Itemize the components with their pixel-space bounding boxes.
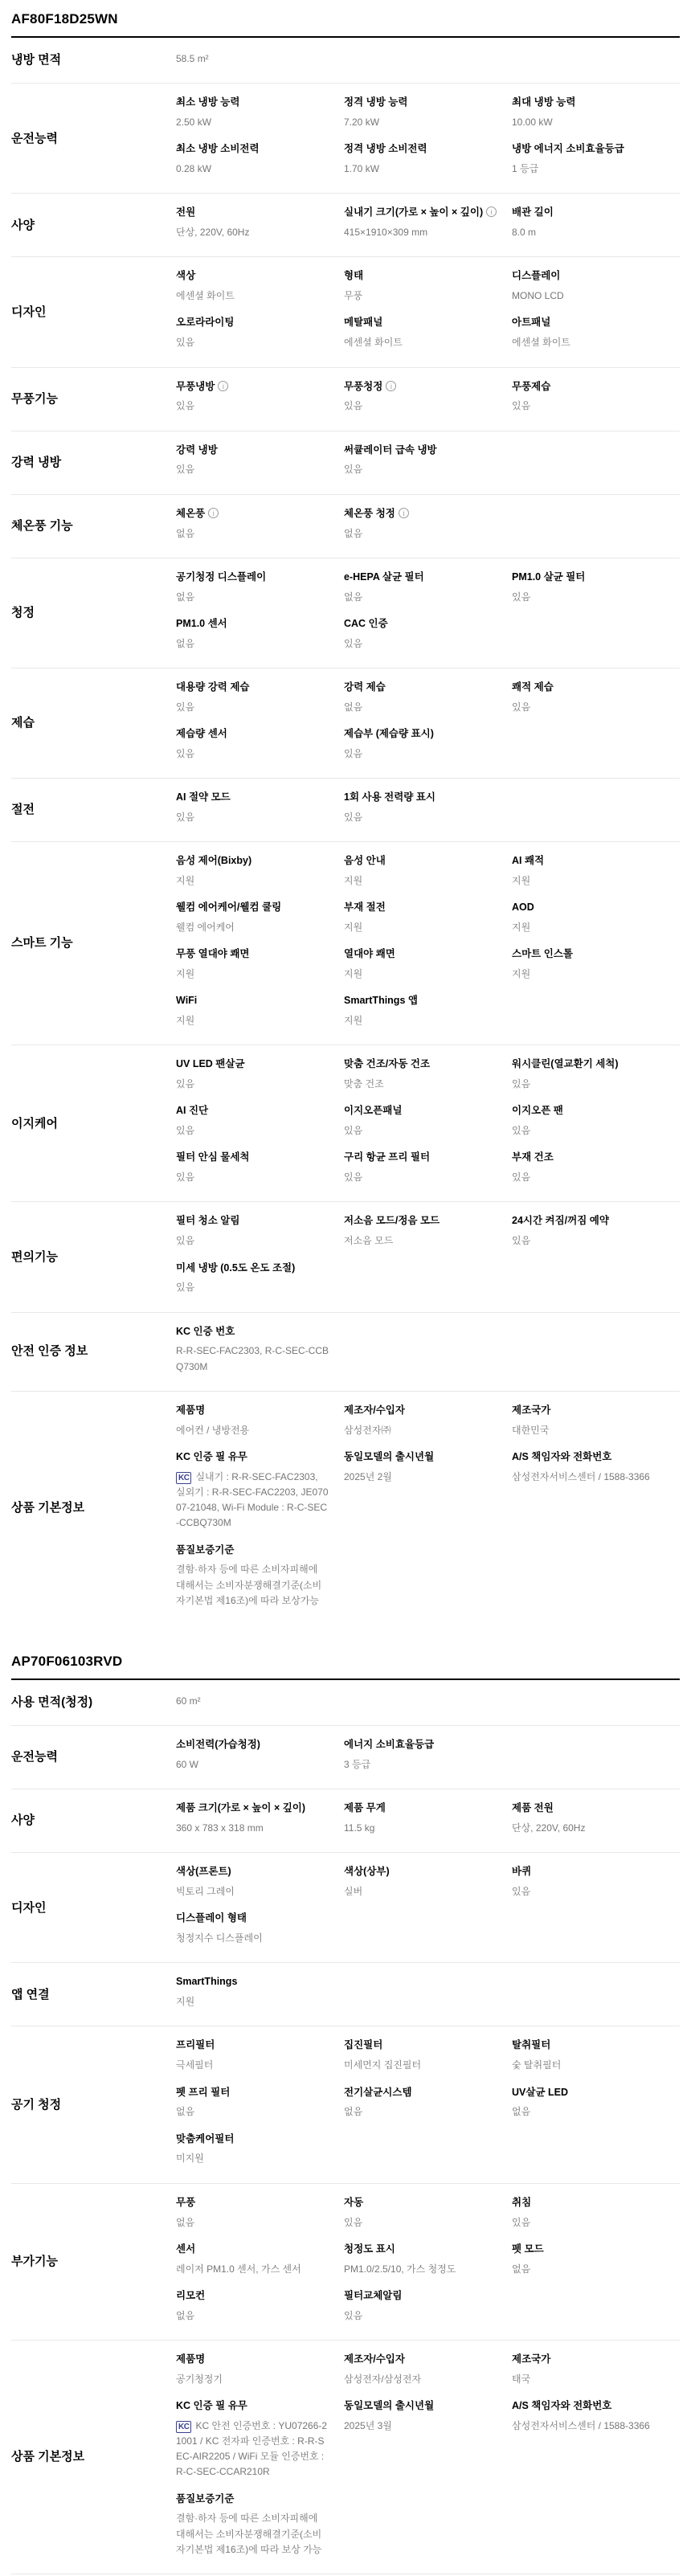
spec-cell-label-text: 소비전력(가습청정)	[176, 1739, 260, 1750]
spec-cell-value-text: 있음	[344, 1171, 362, 1183]
spec-cell: 전원단상, 220V, 60Hz	[176, 206, 344, 252]
spec-cell: 필터 안심 물세척있음	[176, 1151, 344, 1197]
section-label-text: 디자인	[11, 1900, 46, 1916]
spec-cell-value: 있음	[176, 810, 329, 825]
spec-cell-label-text: AOD	[512, 902, 534, 913]
spec-cell: 부재 절전지원	[344, 901, 512, 947]
spec-cell-value: 지원	[176, 1013, 329, 1028]
spec-cell: 필터교체알림있음	[344, 2289, 512, 2336]
spec-cell-label-text: 무풍 열대야 쾌면	[176, 948, 249, 959]
spec-cell-label: 제조자/수입자	[344, 1404, 497, 1417]
product-block: AP70F06103RVD사용 면적(청정)60 m²운전능력소비전력(가습청정…	[11, 1649, 680, 2574]
spec-cell-value: 3 등급	[344, 1757, 497, 1773]
spec-cell-value: 있음	[176, 1280, 329, 1295]
section-label: 편의기능	[11, 1214, 176, 1307]
spec-cell-value: 있음	[512, 1077, 665, 1092]
spec-cell-label: 제습부 (제습량 표시)	[344, 727, 497, 741]
spec-cell-value-text: MONO LCD	[512, 290, 564, 301]
spec-cell: 디스플레이 형태청정지수 디스플레이	[176, 1912, 344, 1958]
section-body: 무풍냉방i있음무풍청정i있음무풍제습있음	[176, 380, 680, 427]
spec-cell-label: 웰컴 에어케어/웰컴 쿨링	[176, 901, 329, 914]
spec-cell: A/S 책임자와 전화번호삼성전자서비스센터 / 1588-3366	[512, 2399, 680, 2492]
spec-cell-value: KC실내기 : R-R-SEC-FAC2303, 실외기 : R-R-SEC-F…	[176, 1470, 329, 1531]
spec-cell-value-text: R-R-SEC-FAC2303, R-C-SEC-CCBQ730M	[176, 1345, 329, 1372]
spec-row: 무풍냉방i있음무풍청정i있음무풍제습있음	[176, 380, 680, 427]
spec-cell-value: 2025년 3월	[344, 2419, 497, 2434]
section-label: 안전 인증 정보	[11, 1325, 176, 1387]
spec-cell-label: 제조자/수입자	[344, 2353, 497, 2366]
spec-cell-value-text: 없음	[512, 2263, 530, 2275]
section-label-text: 디자인	[11, 305, 46, 321]
spec-cell-value-text: 레이저 PM1.0 센서, 가스 센서	[176, 2263, 301, 2275]
spec-cell-label-text: 무풍냉방	[176, 381, 215, 392]
section-label: 사양	[11, 1801, 176, 1848]
spec-cell: PM1.0 센서없음	[176, 617, 344, 664]
spec-cell-value-text: 있음	[344, 1125, 362, 1136]
spec-cell-value-text: 실내기 : R-R-SEC-FAC2303, 실외기 : R-R-SEC-FAC…	[176, 1471, 329, 1529]
info-icon[interactable]: i	[486, 206, 497, 217]
spec-cell-value-text: 지원	[344, 875, 362, 886]
spec-cell-label-text: 자동	[344, 2197, 363, 2208]
spec-cell-value-text: 있음	[176, 1282, 194, 1293]
spec-cell-value-text: 대한민국	[512, 1425, 549, 1436]
spec-cell-value-text: 있음	[344, 748, 362, 759]
spec-cell-label-text: 구리 항균 프리 필터	[344, 1151, 430, 1163]
spec-cell-value-text: 없음	[176, 2310, 194, 2321]
spec-cell-value: 있음	[176, 746, 329, 762]
spec-cell-label: 바퀴	[512, 1865, 665, 1879]
section-label-text: 앱 연결	[11, 1987, 50, 2003]
spec-cell-value-text: 없음	[176, 638, 194, 649]
spec-section: 디자인색상에센셜 화이트형태무풍디스플레이MONO LCD오로라라이팅있음메탈패…	[11, 257, 680, 367]
spec-cell-label: CAC 인증	[344, 617, 497, 631]
spec-cell-label: 에너지 소비효율등급	[344, 1738, 497, 1752]
spec-cell: 이지오픈패널있음	[344, 1104, 512, 1151]
spec-cell-label-text: 냉방 에너지 소비효율등급	[512, 143, 624, 154]
spec-cell-value: 미지원	[176, 2151, 329, 2166]
spec-cell-label-text: 강력 제습	[344, 681, 386, 693]
spec-cell: KC 인증 필 유무KCKC 안전 인증번호 : YU07266-21001 /…	[176, 2399, 344, 2492]
spec-cell-label: 무풍 열대야 쾌면	[176, 947, 329, 961]
section-label-text: 체온풍 기능	[11, 518, 73, 534]
spec-cell-value: 에어컨 / 냉방전용	[176, 1423, 329, 1438]
spec-cell-value-text: 1 등급	[512, 163, 538, 174]
spec-cell: 부재 건조있음	[512, 1151, 680, 1197]
spec-row: KC 인증 필 유무KCKC 안전 인증번호 : YU07266-21001 /…	[176, 2399, 680, 2492]
spec-cell-label: WiFi	[176, 994, 329, 1008]
spec-cell-value-text: 삼성전자㈜	[344, 1425, 390, 1436]
spec-cell-label-text: AI 쾌적	[512, 855, 544, 866]
spec-cell-value: 있음	[344, 2308, 497, 2324]
spec-cell-label: 정격 냉방 소비전력	[344, 142, 497, 156]
spec-cell-value: 없음	[344, 700, 497, 715]
spec-cell-value-text: 지원	[344, 968, 362, 979]
spec-cell-value: 2.50 kW	[176, 115, 329, 130]
spec-cell-label-text: 품질보증기준	[176, 2493, 234, 2504]
info-icon[interactable]: i	[386, 381, 396, 391]
spec-cell: 1회 사용 전력량 표시있음	[344, 791, 512, 837]
spec-cell-label: AI 쾌적	[512, 854, 665, 868]
spec-cell-value-text: 에센셜 화이트	[344, 337, 403, 348]
section-label: 절전	[11, 791, 176, 837]
spec-cell-label-text: 제습부 (제습량 표시)	[344, 728, 434, 739]
spec-cell-label: 제품명	[176, 2353, 329, 2366]
spec-section: 체온풍 기능체온풍i없음체온풍 청정i없음	[11, 495, 680, 558]
spec-cell-label: 센서	[176, 2243, 329, 2256]
spec-cell-value: 없음	[512, 2104, 665, 2120]
info-icon[interactable]: i	[399, 508, 409, 518]
spec-cell-label-text: 아트패널	[512, 317, 550, 328]
spec-cell-label-text: WiFi	[176, 995, 197, 1006]
section-label-text: 청정	[11, 605, 35, 621]
spec-cell-label: 전원	[176, 206, 329, 219]
spec-cell-value-text: 1.70 kW	[344, 163, 379, 174]
spec-cell-label: 워시클린(열교환기 세척)	[512, 1057, 665, 1071]
spec-cell: 저소음 모드/정음 모드저소음 모드	[344, 1214, 512, 1261]
section-label: 상품 기본정보	[11, 2353, 176, 2570]
section-label: 상품 기본정보	[11, 1404, 176, 1621]
spec-cell-label-text: KC 인증 필 유무	[176, 1451, 247, 1462]
section-body: 60 m²	[176, 1692, 680, 1721]
section-label: 스마트 기능	[11, 854, 176, 1041]
spec-section: 청정공기청정 디스플레이없음e-HEPA 살균 필터없음PM1.0 살균 필터있…	[11, 558, 680, 669]
spec-section: 스마트 기능음성 제어(Bixby)지원음성 안내지원AI 쾌적지원웰컴 에어케…	[11, 842, 680, 1045]
spec-cell-value-text: 360 x 783 x 318 mm	[176, 1822, 264, 1834]
spec-cell: UV LED 팬살균있음	[176, 1057, 344, 1104]
spec-cell-value: 지원	[344, 1013, 497, 1028]
spec-cell-label-text: 24시간 켜짐/꺼짐 예약	[512, 1215, 609, 1226]
spec-cell-label: 형태	[344, 269, 497, 283]
section-label: 청정	[11, 570, 176, 664]
spec-cell-value-text: 있음	[344, 638, 362, 649]
spec-cell: 음성 안내지원	[344, 854, 512, 901]
spec-cell: PM1.0 살균 필터있음	[512, 570, 680, 617]
spec-cell: SmartThings 앱지원	[344, 994, 512, 1041]
spec-cell: 최소 냉방 소비전력0.28 kW	[176, 142, 344, 189]
spec-cell: 60 m²	[176, 1692, 344, 1721]
section-label-text: 공기 청정	[11, 2097, 61, 2113]
spec-cell: 대용량 강력 제습있음	[176, 681, 344, 727]
spec-cell-value-text: 미세먼지 집진필터	[344, 2059, 421, 2071]
spec-cell-value: 에센셜 화이트	[176, 288, 329, 304]
info-icon[interactable]: i	[208, 508, 219, 518]
section-body: 무풍없음자동있음취침있음센서레이저 PM1.0 센서, 가스 센서청정도 표시P…	[176, 2196, 680, 2336]
section-label-text: 사용 면적(청정)	[11, 1695, 92, 1711]
spec-row: 소비전력(가습청정)60 W에너지 소비효율등급3 등급	[176, 1738, 680, 1785]
spec-cell-label-text: 펫 모드	[512, 2243, 544, 2255]
spec-cell: 제품 전원단상, 220V, 60Hz	[512, 1801, 680, 1848]
spec-cell-label: 필터교체알림	[344, 2289, 497, 2303]
spec-cell: 색상(상부)실버	[344, 1865, 512, 1912]
spec-cell-label-text: 제조국가	[512, 1405, 550, 1416]
spec-cell-label-text: SmartThings 앱	[344, 995, 418, 1006]
spec-cell-value-text: 태국	[512, 2374, 530, 2385]
spec-cell-value-text: PM1.0/2.5/10, 가스 청정도	[344, 2263, 456, 2275]
section-label-text: 편의기능	[11, 1249, 58, 1266]
spec-cell-label: 24시간 켜짐/꺼짐 예약	[512, 1214, 665, 1228]
spec-cell-label: 메탈패널	[344, 316, 497, 329]
spec-cell: 강력 냉방있음	[176, 444, 344, 490]
spec-cell-value-text: 있음	[176, 1078, 194, 1090]
spec-cell-label: AOD	[512, 901, 665, 914]
spec-cell: 맞춤케어필터미지원	[176, 2132, 344, 2179]
spec-cell-value: 있음	[512, 700, 665, 715]
spec-cell-value: 있음	[344, 1170, 497, 1185]
spec-row: 제품명에어컨 / 냉방전용제조자/수입자삼성전자㈜제조국가대한민국	[176, 1404, 680, 1450]
section-body: AI 절약 모드있음1회 사용 전력량 표시있음	[176, 791, 680, 837]
spec-row: 오로라라이팅있음메탈패널에센셜 화이트아트패널에센셜 화이트	[176, 316, 680, 362]
spec-cell-value: 웰컴 에어케어	[176, 920, 329, 935]
spec-cell-label-text: UV살균 LED	[512, 2087, 568, 2098]
spec-cell-label: 필터 안심 물세척	[176, 1151, 329, 1164]
spec-cell-label: 저소음 모드/정음 모드	[344, 1214, 497, 1228]
spec-cell-label-text: 필터 안심 물세척	[176, 1151, 249, 1163]
spec-cell-label: 냉방 에너지 소비효율등급	[512, 142, 665, 156]
spec-cell-label: 프리필터	[176, 2038, 329, 2052]
spec-cell-label: UV살균 LED	[512, 2086, 665, 2100]
spec-cell-value: 결함·하자 등에 따른 소비자피해에 대해서는 소비자분쟁해결기준(소비자기본법…	[176, 2511, 329, 2558]
spec-cell-value: 삼성전자서비스센터 / 1588-3366	[512, 2419, 665, 2434]
spec-cell-label-text: 정격 냉방 소비전력	[344, 143, 427, 154]
spec-cell-label: 체온풍i	[176, 507, 329, 521]
spec-cell-label-text: 써큘레이터 급속 냉방	[344, 444, 437, 456]
spec-cell-label-text: 제조국가	[512, 2353, 550, 2365]
section-body: 체온풍i없음체온풍 청정i없음	[176, 507, 680, 554]
spec-cell-value-text: 없음	[344, 701, 362, 713]
spec-row: 전원단상, 220V, 60Hz실내기 크기(가로 × 높이 × 깊이)i415…	[176, 206, 680, 252]
spec-cell-value-text: 지원	[512, 968, 530, 979]
spec-cell-label-text: 전원	[176, 206, 195, 218]
spec-cell-value-text: 58.5 m²	[176, 53, 209, 64]
spec-cell-label-text: KC 인증 번호	[176, 1326, 235, 1337]
spec-cell-label-text: 음성 제어(Bixby)	[176, 855, 251, 866]
spec-cell-value-text: 지원	[344, 922, 362, 933]
spec-cell-label-text: 강력 냉방	[176, 444, 218, 456]
spec-cell-value-text: 에어컨 / 냉방전용	[176, 1425, 249, 1436]
spec-cell-label-text: 실내기 크기(가로 × 높이 × 깊이)	[344, 206, 483, 218]
spec-cell-label-text: 색상	[176, 270, 195, 281]
spec-cell-value-text: 미지원	[176, 2153, 204, 2164]
spec-section: 공기 청정프리필터극세필터집진필터미세먼지 집진필터탈취필터숯 탈취필터펫 프리…	[11, 2026, 680, 2183]
spec-cell-label: 동일모델의 출시년월	[344, 1450, 497, 1464]
spec-cell-value: 저소음 모드	[344, 1233, 497, 1249]
spec-row: 강력 냉방있음써큘레이터 급속 냉방있음	[176, 444, 680, 490]
spec-cell: 에너지 소비효율등급3 등급	[344, 1738, 512, 1785]
spec-section: 무풍기능무풍냉방i있음무풍청정i있음무풍제습있음	[11, 368, 680, 431]
spec-cell-label: 최대 냉방 능력	[512, 96, 665, 109]
spec-cell-label-text: 프리필터	[176, 2039, 215, 2051]
spec-cell-label: 무풍냉방i	[176, 380, 329, 394]
spec-cell-value: 지원	[512, 920, 665, 935]
spec-cell: AI 쾌적지원	[512, 854, 680, 901]
spec-cell: 써큘레이터 급속 냉방있음	[344, 444, 512, 490]
spec-cell-value-text: 있음	[512, 400, 530, 411]
spec-row: KC 인증 번호R-R-SEC-FAC2303, R-C-SEC-CCBQ730…	[176, 1325, 680, 1387]
spec-cell-label-text: 센서	[176, 2243, 195, 2255]
spec-cell: 정격 냉방 소비전력1.70 kW	[344, 142, 512, 189]
spec-cell-label: 음성 안내	[344, 854, 497, 868]
product-block: AF80F18D25WN냉방 면적58.5 m²운전능력최소 냉방 능력2.50…	[11, 6, 680, 1625]
spec-cell: 24시간 켜짐/꺼짐 예약있음	[512, 1214, 680, 1261]
spec-row: 필터 청소 알림있음저소음 모드/정음 모드저소음 모드24시간 켜짐/꺼짐 예…	[176, 1214, 680, 1261]
spec-cell-label: 최소 냉방 소비전력	[176, 142, 329, 156]
spec-cell: 스마트 인스톨지원	[512, 947, 680, 994]
spec-cell-label-text: KC 인증 필 유무	[176, 2400, 247, 2411]
spec-cell: 제품명공기청정기	[176, 2353, 344, 2399]
spec-cell-value-text: 결함·하자 등에 따른 소비자피해에 대해서는 소비자분쟁해결기준(소비자기본법…	[176, 2513, 321, 2554]
spec-row: 공기청정 디스플레이없음e-HEPA 살균 필터없음PM1.0 살균 필터있음	[176, 570, 680, 617]
spec-cell: 제조자/수입자삼성전자㈜	[344, 1404, 512, 1450]
spec-cell-value-text: 있음	[512, 591, 530, 603]
spec-cell-value: 7.20 kW	[344, 115, 497, 130]
spec-cell-value-text: 단상, 220V, 60Hz	[176, 227, 249, 238]
spec-cell-label-text: 정격 냉방 능력	[344, 96, 407, 108]
spec-cell-value-text: 결함·하자 등에 따른 소비자피해에 대해서는 소비자분쟁해결기준(소비자기본법…	[176, 1564, 321, 1605]
spec-row: 58.5 m²	[176, 50, 680, 79]
spec-row: 체온풍i없음체온풍 청정i없음	[176, 507, 680, 554]
spec-cell-label-text: 필터교체알림	[344, 2290, 402, 2301]
spec-cell-label: UV LED 팬살균	[176, 1057, 329, 1071]
section-label-text: 운전능력	[11, 131, 58, 147]
spec-cell-value: 있음	[512, 1884, 665, 1899]
section-body: 필터 청소 알림있음저소음 모드/정음 모드저소음 모드24시간 켜짐/꺼짐 예…	[176, 1214, 680, 1307]
spec-cell-value: 있음	[512, 1170, 665, 1185]
spec-cell-label-text: 무풍청정	[344, 381, 382, 392]
spec-cell-value: 지원	[512, 967, 665, 982]
spec-cell-value-text: 11.5 kg	[344, 1822, 374, 1834]
spec-cell: 센서레이저 PM1.0 센서, 가스 센서	[176, 2243, 344, 2289]
section-label-text: 이지케어	[11, 1116, 58, 1132]
spec-row: 색상(프론트)빅토리 그레이색상(상부)실버바퀴있음	[176, 1865, 680, 1912]
spec-cell-label-text: 무풍제습	[512, 381, 550, 392]
spec-cell-value-text: 있음	[512, 2217, 530, 2228]
spec-cell-value: 415×1910×309 mm	[344, 225, 497, 240]
spec-section: 앱 연결SmartThings지원	[11, 1963, 680, 2026]
spec-cell-value: 있음	[176, 399, 329, 414]
spec-row: 프리필터극세필터집진필터미세먼지 집진필터탈취필터숯 탈취필터	[176, 2038, 680, 2085]
spec-cell: 냉방 에너지 소비효율등급1 등급	[512, 142, 680, 189]
spec-cell-label-text: 리모컨	[176, 2290, 205, 2301]
spec-cell-label-text: 동일모델의 출시년월	[344, 2400, 434, 2411]
spec-cell-value-text: 2025년 3월	[344, 2420, 392, 2431]
section-label: 디자인	[11, 1865, 176, 1958]
spec-row: 웰컴 에어케어/웰컴 쿨링웰컴 에어케어부재 절전지원AOD지원	[176, 901, 680, 947]
spec-cell-value-text: 빅토리 그레이	[176, 1886, 235, 1897]
spec-cell-value-text: 지원	[176, 968, 194, 979]
spec-cell: SmartThings지원	[176, 1975, 344, 2022]
spec-cell-value-text: 맞춤 건조	[344, 1078, 384, 1090]
spec-cell-value: 없음	[512, 2262, 665, 2277]
spec-cell-value: 단상, 220V, 60Hz	[512, 1821, 665, 1836]
spec-section: 제습대용량 강력 제습있음강력 제습없음쾌적 제습있음제습량 센서있음제습부 (…	[11, 669, 680, 779]
spec-cell-value: 있음	[344, 1123, 497, 1139]
spec-cell-label: 실내기 크기(가로 × 높이 × 깊이)i	[344, 206, 497, 219]
spec-cell-label-text: 전기살균시스템	[344, 2087, 412, 2098]
section-body: KC 인증 번호R-R-SEC-FAC2303, R-C-SEC-CCBQ730…	[176, 1325, 680, 1387]
spec-cell: 제품명에어컨 / 냉방전용	[176, 1404, 344, 1450]
section-label: 사양	[11, 206, 176, 252]
spec-cell-label-text: A/S 책임자와 전화번호	[512, 1451, 611, 1462]
spec-cell-value-text: 있음	[512, 1886, 530, 1897]
spec-row: PM1.0 센서없음CAC 인증있음	[176, 617, 680, 664]
spec-cell-label-text: 디스플레이 형태	[176, 1912, 247, 1924]
spec-row: 무풍없음자동있음취침있음	[176, 2196, 680, 2243]
spec-cell-value-text: 있음	[512, 1125, 530, 1136]
spec-cell-label: 디스플레이	[512, 269, 665, 283]
spec-cell-label: KC 인증 번호	[176, 1325, 329, 1339]
spec-cell: 형태무풍	[344, 269, 512, 316]
spec-row: 품질보증기준결함·하자 등에 따른 소비자피해에 대해서는 소비자분쟁해결기준(…	[176, 1544, 680, 1621]
section-body: 제품명에어컨 / 냉방전용제조자/수입자삼성전자㈜제조국가대한민국KC 인증 필…	[176, 1404, 680, 1621]
spec-cell: 58.5 m²	[176, 50, 344, 79]
section-label: 운전능력	[11, 1738, 176, 1785]
spec-cell: 필터 청소 알림있음	[176, 1214, 344, 1261]
spec-cell-value: 있음	[176, 1123, 329, 1139]
spec-section: 운전능력최소 냉방 능력2.50 kW정격 냉방 능력7.20 kW최대 냉방 …	[11, 84, 680, 194]
spec-cell-value: PM1.0/2.5/10, 가스 청정도	[344, 2262, 497, 2277]
spec-cell-label-text: 무풍	[176, 2197, 195, 2208]
spec-cell-label-text: AI 절약 모드	[176, 791, 231, 803]
spec-cell-value-text: 지원	[512, 922, 530, 933]
spec-cell-value-text: 없음	[176, 528, 194, 539]
section-body: UV LED 팬살균있음맞춤 건조/자동 건조맞춤 건조워시클린(열교환기 세척…	[176, 1057, 680, 1197]
spec-cell-label: 색상	[176, 269, 329, 283]
spec-cell-label: 공기청정 디스플레이	[176, 570, 329, 584]
spec-cell-label: 색상(프론트)	[176, 1865, 329, 1879]
spec-cell: 아트패널에센셜 화이트	[512, 316, 680, 362]
spec-section: 편의기능필터 청소 알림있음저소음 모드/정음 모드저소음 모드24시간 켜짐/…	[11, 1202, 680, 1312]
spec-cell-value: 11.5 kg	[344, 1821, 497, 1836]
spec-cell-value-text: 없음	[176, 591, 194, 603]
spec-cell-value: 있음	[512, 2215, 665, 2230]
spec-section: 상품 기본정보제품명공기청정기제조자/수입자삼성전자/삼성전자제조국가태국KC …	[11, 2341, 680, 2574]
spec-cell-label: 구리 항균 프리 필터	[344, 1151, 497, 1164]
spec-cell: 워시클린(열교환기 세척)있음	[512, 1057, 680, 1104]
spec-cell-label-text: 워시클린(열교환기 세척)	[512, 1058, 619, 1069]
spec-cell: 탈취필터숯 탈취필터	[512, 2038, 680, 2085]
spec-row: 60 m²	[176, 1692, 680, 1721]
info-icon[interactable]: i	[218, 381, 228, 391]
product-model-title: AP70F06103RVD	[11, 1649, 680, 1680]
spec-cell-value-text: 있음	[344, 812, 362, 823]
spec-cell-value: 있음	[512, 590, 665, 605]
spec-cell-value-text: 청정지수 디스플레이	[176, 1932, 263, 1944]
spec-cell-value: 삼성전자㈜	[344, 1423, 497, 1438]
spec-cell-value-text: 없음	[344, 591, 362, 603]
spec-cell: 제조자/수입자삼성전자/삼성전자	[344, 2353, 512, 2399]
spec-cell-value-text: 숯 탈취필터	[512, 2059, 561, 2071]
section-label: 부가기능	[11, 2196, 176, 2336]
spec-cell-label-text: 맞춤케어필터	[176, 2133, 234, 2145]
spec-cell: 구리 항균 프리 필터있음	[344, 1151, 512, 1197]
section-label-text: 안전 인증 정보	[11, 1343, 88, 1360]
section-label: 사용 면적(청정)	[11, 1692, 176, 1721]
spec-cell: 제습부 (제습량 표시)있음	[344, 727, 512, 774]
spec-cell-label-text: 부재 절전	[344, 902, 386, 913]
spec-cell-label-text: 동일모델의 출시년월	[344, 1451, 434, 1462]
spec-section: 운전능력소비전력(가습청정)60 W에너지 소비효율등급3 등급	[11, 1726, 680, 1789]
spec-cell-label: 전기살균시스템	[344, 2086, 497, 2100]
spec-cell: 실내기 크기(가로 × 높이 × 깊이)i415×1910×309 mm	[344, 206, 512, 252]
spec-cell: 미세 냉방 (0.5도 온도 조절)있음	[176, 1261, 344, 1308]
spec-row: 음성 제어(Bixby)지원음성 안내지원AI 쾌적지원	[176, 854, 680, 901]
section-label: 강력 냉방	[11, 444, 176, 490]
spec-cell-value: 대한민국	[512, 1423, 665, 1438]
spec-cell-value: 없음	[176, 590, 329, 605]
spec-cell-label-text: PM1.0 살균 필터	[512, 571, 585, 583]
spec-cell-label-text: 형태	[344, 270, 363, 281]
spec-cell-value-text: 있음	[176, 812, 194, 823]
